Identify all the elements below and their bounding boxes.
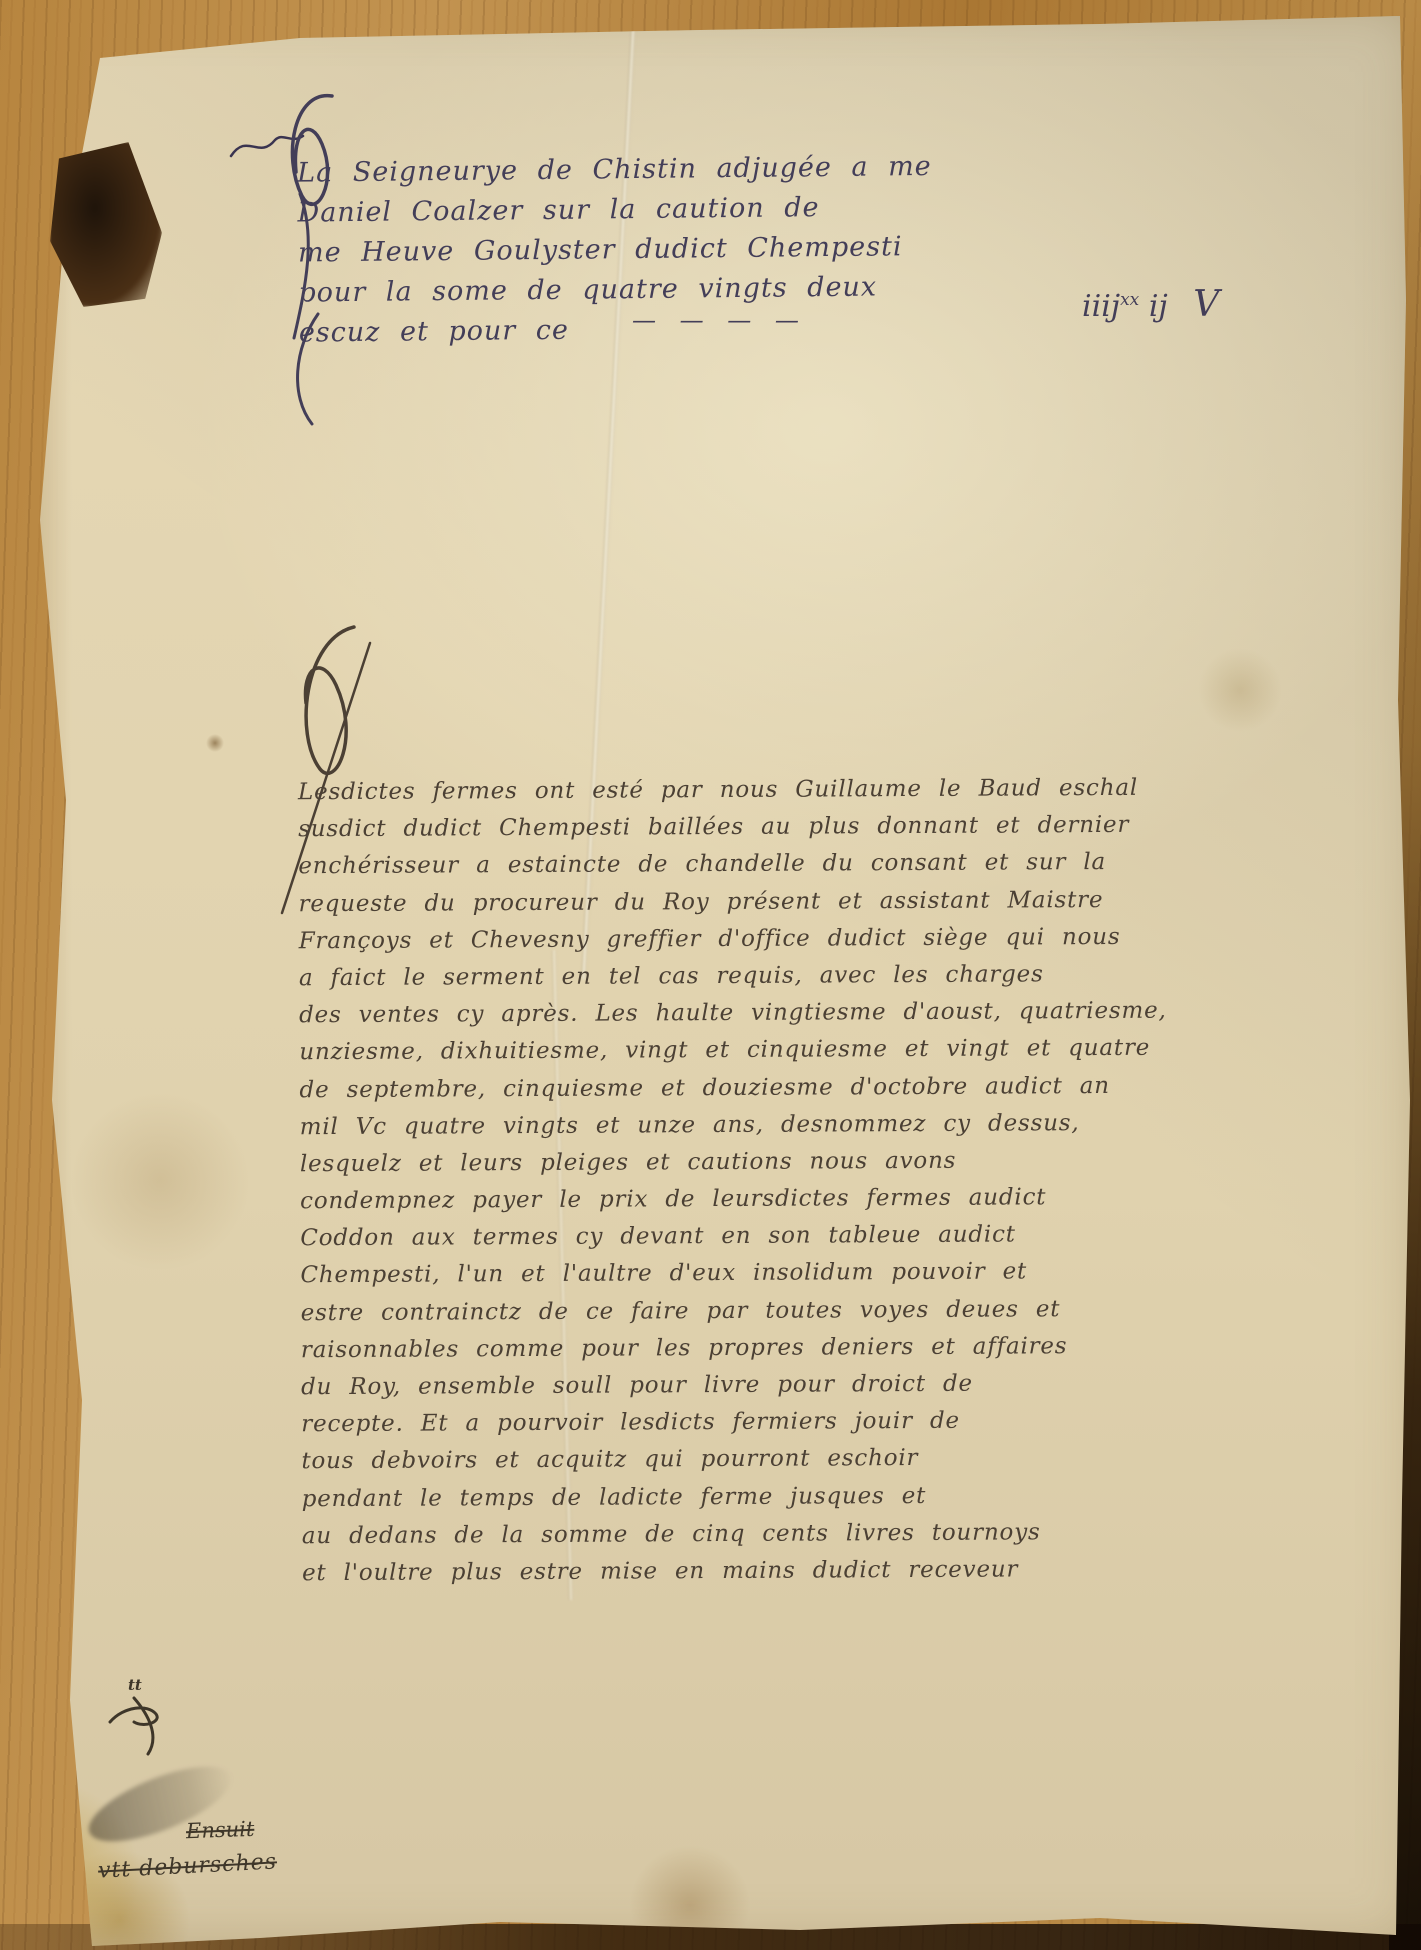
dash-fill: — — — —	[632, 306, 1072, 334]
paraph-flourish	[104, 1688, 184, 1758]
manuscript-line: tous debvoirs et acquitz qui pourront es…	[301, 1439, 1149, 1481]
manuscript-page: La Seigneurye de Chistin adjugée a me Da…	[0, 0, 1421, 1950]
struck-note: Ensuit	[186, 1817, 255, 1843]
manuscript-line: Lesdictes fermes ont esté par nous Guill…	[298, 770, 1146, 812]
manuscript-line: Daniel Coalzer sur la caution de	[297, 186, 977, 233]
total-roman-sup: xx	[1120, 290, 1139, 310]
manuscript-line: Chempesti, l'un et l'aultre d'eux insoli…	[300, 1253, 1148, 1295]
manuscript-line: estre contrainctz de ce faire par toutes…	[301, 1290, 1149, 1332]
manuscript-line: pendant le temps de ladicte ferme jusque…	[302, 1476, 1150, 1518]
manuscript-line: de septembre, cinquiesme et douziesme d'…	[299, 1067, 1147, 1109]
manuscript-line: des ventes cy après. Les haulte vingties…	[299, 993, 1147, 1035]
manuscript-line: unziesme, dixhuitiesme, vingt et cinquie…	[299, 1030, 1147, 1072]
body-block: Lesdictes fermes ont esté par nous Guill…	[298, 770, 1150, 1593]
wooden-table-background: La Seigneurye de Chistin adjugée a me Da…	[0, 0, 1421, 1950]
manuscript-line: condempnez payer le prix de leursdictes …	[300, 1179, 1148, 1221]
manuscript-line: La Seigneurye de Chistin adjugée a me	[297, 146, 977, 193]
manuscript-line: mil Vc quatre vingts et unze ans, desnom…	[300, 1104, 1148, 1146]
manuscript-line: requeste du procureur du Roy présent et …	[298, 881, 1146, 923]
manuscript-line: Françoys et Chevesny greffier d'office d…	[299, 919, 1147, 961]
manuscript-line: au dedans de la somme de cinq cents livr…	[302, 1514, 1150, 1556]
manuscript-line: Coddon aux termes cy devant en son table…	[300, 1216, 1148, 1258]
total-amount: iiijxx ij V	[1082, 284, 1219, 325]
manuscript-line: lesquelz et leurs pleiges et cautions no…	[300, 1142, 1148, 1184]
struck-note: vtt debursches	[97, 1849, 277, 1883]
manuscript-line: du Roy, ensemble soull pour livre pour d…	[301, 1365, 1149, 1407]
manuscript-line: recepte. Et a pourvoir lesdicts fermiers…	[301, 1402, 1149, 1444]
manuscript-line: a faict le serment en tel cas requis, av…	[299, 956, 1147, 998]
manuscript-line: et l'oultre plus estre mise en mains dud…	[302, 1551, 1150, 1593]
manuscript-line: me Heuve Goulyster dudict Chempesti	[298, 226, 978, 273]
total-roman-units: ij	[1149, 289, 1168, 324]
total-currency-mark: V	[1193, 284, 1219, 325]
manuscript-line: enchérisseur a estaincte de chandelle du…	[298, 844, 1146, 886]
manuscript-line: raisonnables comme pour les propres deni…	[301, 1328, 1149, 1370]
manuscript-line: susdict dudict Chempesti baillées au plu…	[298, 807, 1146, 849]
total-roman-base: iiij	[1082, 289, 1120, 324]
